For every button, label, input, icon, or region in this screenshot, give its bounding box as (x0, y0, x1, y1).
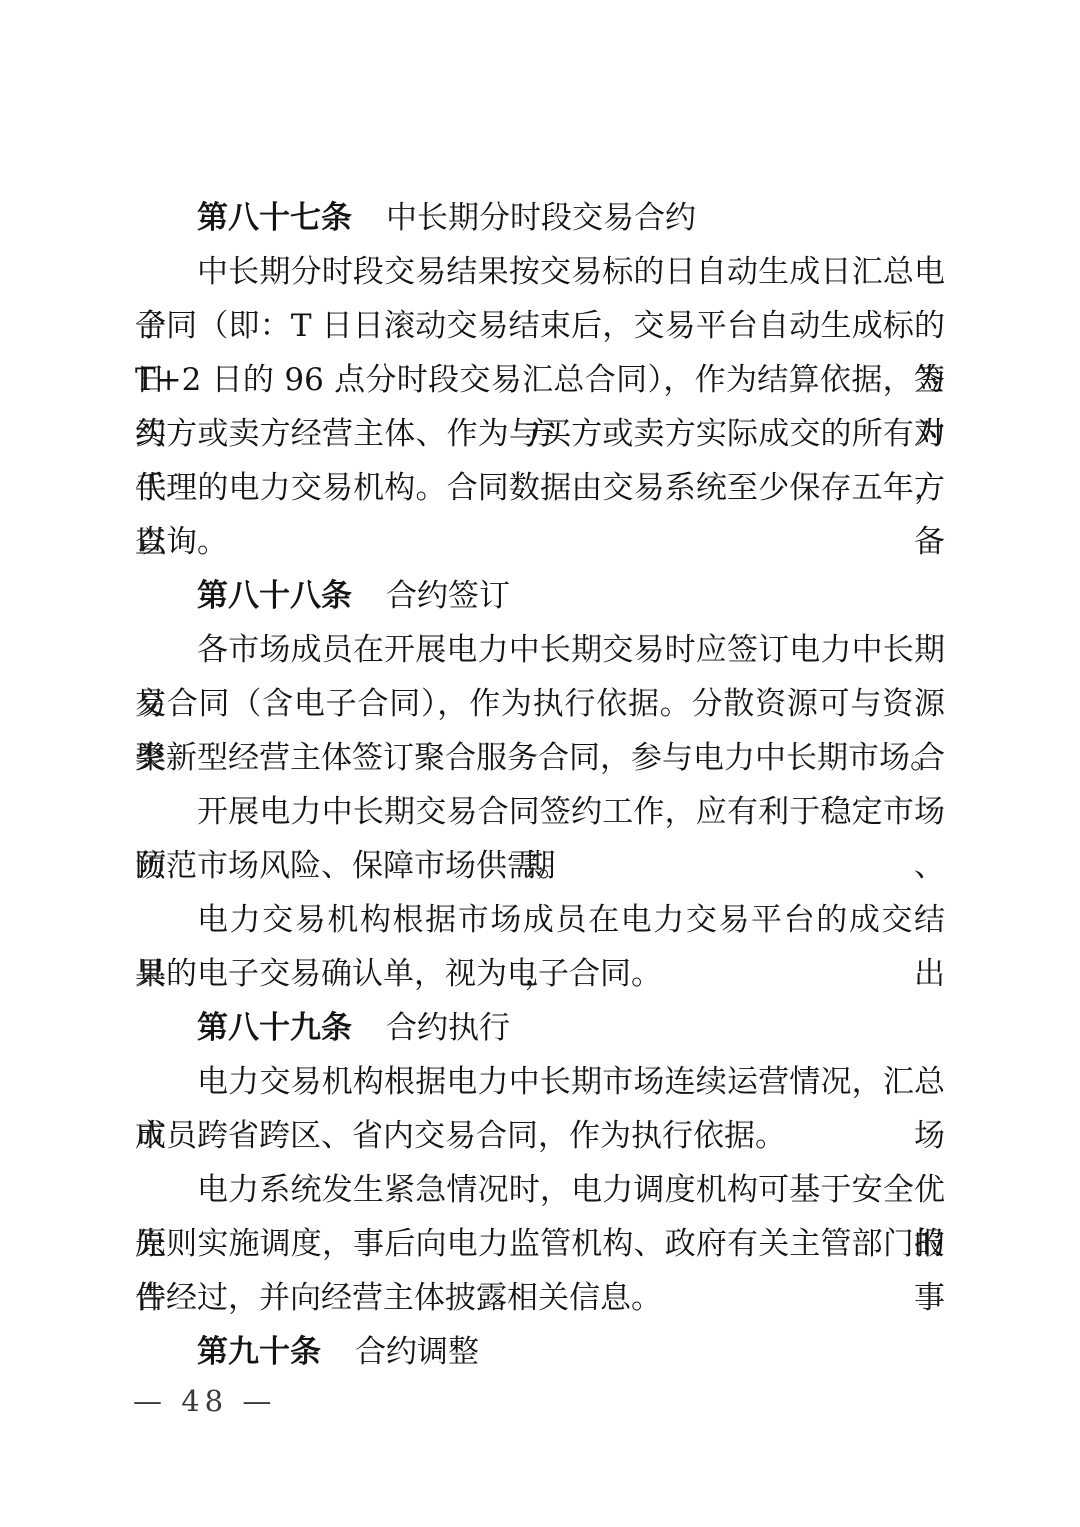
paragraph-line: T+2 日的 96 点分时段交易汇总合同），作为结算依据，签约方为 (135, 353, 945, 407)
article-number: 第九十条 (197, 1334, 321, 1370)
article-number: 第八十七条 (197, 200, 352, 236)
paragraph-line: 电力交易机构根据市场成员在电力交易平台的成交结果，出 (135, 893, 945, 947)
paragraph-line: 代理的电力交易机构。合同数据由交易系统至少保存五年，以备 (135, 461, 945, 515)
article-title: 合约调整 (355, 1334, 479, 1370)
article-title: 合约执行 (386, 1010, 510, 1046)
page-number: — 48 — (133, 1384, 276, 1418)
article-heading: 第八十九条合约执行 (135, 1001, 945, 1055)
paragraph-line: 合同（即：T 日日滚动交易结束后，交易平台自动生成标的日为 (135, 299, 945, 353)
article-number: 第八十八条 (197, 578, 352, 614)
article-title: 合约签订 (386, 578, 510, 614)
page-footer: — 48 — (133, 1383, 276, 1419)
paragraph-line: 各市场成员在开展电力中长期交易时应签订电力中长期交 (135, 623, 945, 677)
paragraph-line: 原则实施调度，事后向电力监管机构、政府有关主管部门报告事 (135, 1217, 945, 1271)
paragraph-line: 类新型经营主体签订聚合服务合同，参与电力中长期市场。 (135, 731, 945, 785)
paragraph-line: 买方或卖方经营主体、作为与买方或卖方实际成交的所有对手方 (135, 407, 945, 461)
document-body: 第八十七条中长期分时段交易合约中长期分时段交易结果按交易标的日自动生成日汇总电子… (135, 191, 945, 1379)
article-heading: 第八十八条合约签订 (135, 569, 945, 623)
paragraph-line: 中长期分时段交易结果按交易标的日自动生成日汇总电子 (135, 245, 945, 299)
article-heading: 第九十条合约调整 (135, 1325, 945, 1379)
paragraph-line: 电力交易机构根据电力中长期市场连续运营情况，汇总市场 (135, 1055, 945, 1109)
article-title: 中长期分时段交易合约 (386, 200, 696, 236)
paragraph-line: 易合同（含电子合同），作为执行依据。分散资源可与资源聚合 (135, 677, 945, 731)
paragraph-line: 电力系统发生紧急情况时，电力调度机构可基于安全优先的 (135, 1163, 945, 1217)
article-number: 第八十九条 (197, 1010, 352, 1046)
article-heading: 第八十七条中长期分时段交易合约 (135, 191, 945, 245)
document-page: 第八十七条中长期分时段交易合约中长期分时段交易结果按交易标的日自动生成日汇总电子… (0, 0, 1080, 1527)
paragraph-line: 开展电力中长期交易合同签约工作，应有利于稳定市场预期、 (135, 785, 945, 839)
